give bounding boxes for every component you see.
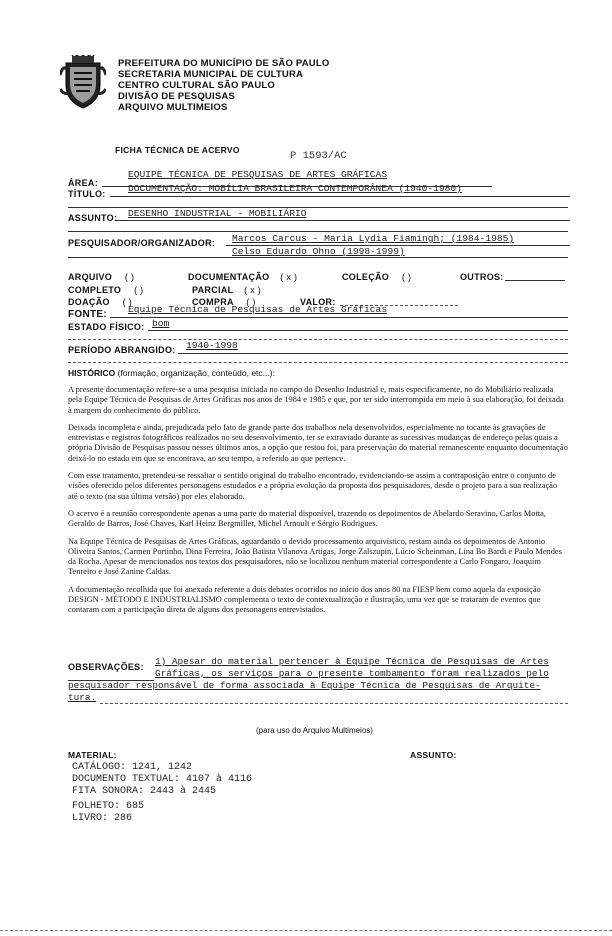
periodo-label: PERÍODO ABRANGIDO: <box>68 345 176 355</box>
historico-paragraph: A presente documentação refere-se a uma … <box>68 385 568 416</box>
observacoes-line-1: 1) Apesar do material pertencer à Equipe… <box>155 656 549 668</box>
historico-heading: HISTÓRICO (formação, organização, conteú… <box>68 368 275 378</box>
parcial-checkbox[interactable]: PARCIAL ( x ) <box>192 285 261 295</box>
observacoes-line-4: tura. <box>68 692 96 704</box>
arquivo-multimeios-note: (para uso do Arquivo Multimeios) <box>256 726 373 735</box>
doacao-label: DOAÇÃO <box>68 297 110 307</box>
material-item-livro: LIVRO: 286 <box>72 813 132 825</box>
arquivo-mark: ( ) <box>125 272 134 282</box>
material-item-fita-sonora: FITA SONORA: 2443 à 2445 <box>72 786 216 798</box>
material-label: MATERIAL: <box>68 750 117 760</box>
documentacao-mark: ( x ) <box>280 272 297 282</box>
arquivo-label: ARQUIVO <box>68 272 112 282</box>
outros-label: OUTROS: <box>460 272 504 282</box>
doacao-checkbox[interactable]: DOAÇÃO ( ) <box>68 297 132 307</box>
assunto-value: DESENHO INDUSTRIAL - MOBILIÁRIO <box>128 208 306 219</box>
form-code: P 1593/AC <box>290 150 347 162</box>
titulo-label: TÍTULO: <box>68 189 106 199</box>
historico-paragraph: Com esse tratamento, pretendeu-se ressal… <box>68 471 568 502</box>
coat-of-arms <box>60 55 106 116</box>
parcial-mark: ( x ) <box>244 285 261 295</box>
header-line-arquivo: ARQUIVO MULTIMEIOS <box>118 102 329 113</box>
header-line-divisao: DIVISÃO DE PESQUISAS <box>118 91 329 102</box>
header-line-centro: CENTRO CULTURAL SÃO PAULO <box>118 80 329 91</box>
header-line-prefeitura: PREFEITURA DO MUNICÍPIO DE SÃO PAULO <box>118 58 329 69</box>
completo-label: COMPLETO <box>68 285 121 295</box>
fonte-label: FONTE: <box>68 309 107 320</box>
historico-label: HISTÓRICO <box>68 368 115 378</box>
pesquisador-value-2: Celso Eduardo Ohno (1998-1999) <box>232 246 405 257</box>
historico-paragraph: Deixada incompleta e ainda, prejudicada … <box>68 423 568 464</box>
historico-hint: (formação, organização, conteúdo, etc...… <box>118 368 275 378</box>
periodo-value: 1940-1998 <box>186 340 238 351</box>
observacoes-label: OBSERVAÇÕES: <box>68 662 144 672</box>
form-title: FICHA TÉCNICA DE ACERVO <box>115 145 240 155</box>
historico-text: A presente documentação refere-se a uma … <box>68 385 568 616</box>
material-item-documento-textual: DOCUMENTO TEXTUAL: 4107 à 4116 <box>72 774 252 786</box>
historico-paragraph: O acervo é a reunião correspondente apen… <box>68 509 568 530</box>
area-label: ÁREA: <box>68 178 98 188</box>
pesquisador-label: PESQUISADOR/ORGANIZADOR: <box>68 238 215 248</box>
material-item-folheto: FOLHETO: 685 <box>72 801 144 813</box>
header-line-secretaria: SECRETARIA MUNICIPAL DE CULTURA <box>118 69 329 80</box>
observacoes-line-2: Gráficas, os serviços para o presente to… <box>155 668 549 680</box>
documentacao-label: DOCUMENTAÇÃO <box>188 272 269 282</box>
estado-value: bom <box>152 318 169 329</box>
assunto-multimeios-label: ASSUNTO: <box>410 750 457 760</box>
fonte-value: Equipe Técnica de Pesquisas de Artes Grá… <box>128 304 387 315</box>
arquivo-checkbox[interactable]: ARQUIVO ( ) <box>68 272 134 282</box>
documentacao-checkbox[interactable]: DOCUMENTAÇÃO ( x ) <box>188 272 297 282</box>
completo-mark: ( ) <box>134 285 143 295</box>
sao-paulo-coat-of-arms-icon <box>60 55 106 111</box>
parcial-label: PARCIAL <box>192 285 233 295</box>
completo-checkbox[interactable]: COMPLETO ( ) <box>68 285 143 295</box>
material-item-catalogo: CATÁLOGO: 1241, 1242 <box>72 762 192 774</box>
colecao-mark: ( ) <box>402 272 411 282</box>
area-value: EQUIPE TÉCNICA DE PESQUISAS DE ARTES GRÁ… <box>128 169 387 180</box>
pesquisador-value-1: Marcos Carcus - Maria Lydia Fiamingh; (1… <box>232 233 514 244</box>
colecao-checkbox[interactable]: COLEÇÃO ( ) <box>342 272 411 282</box>
colecao-label: COLEÇÃO <box>342 272 389 282</box>
estado-label: ESTADO FÍSICO: <box>68 322 145 332</box>
observacoes-line-3: pesquisador responsável de forma associa… <box>68 680 541 692</box>
titulo-value: DOCUMENTAÇÃO: MOBÍLIA BRASILEIRA CONTEMP… <box>128 183 462 194</box>
institution-header: PREFEITURA DO MUNICÍPIO DE SÃO PAULO SEC… <box>118 58 329 113</box>
historico-paragraph: A documentação recolhida que foi anexada… <box>68 585 568 616</box>
historico-paragraph: Na Equipe Técnica de Pesquisas de Artes … <box>68 537 568 578</box>
assunto-label: ASSUNTO: <box>68 213 117 223</box>
outros-field[interactable]: OUTROS: <box>460 272 504 282</box>
scan-edge <box>0 930 612 931</box>
